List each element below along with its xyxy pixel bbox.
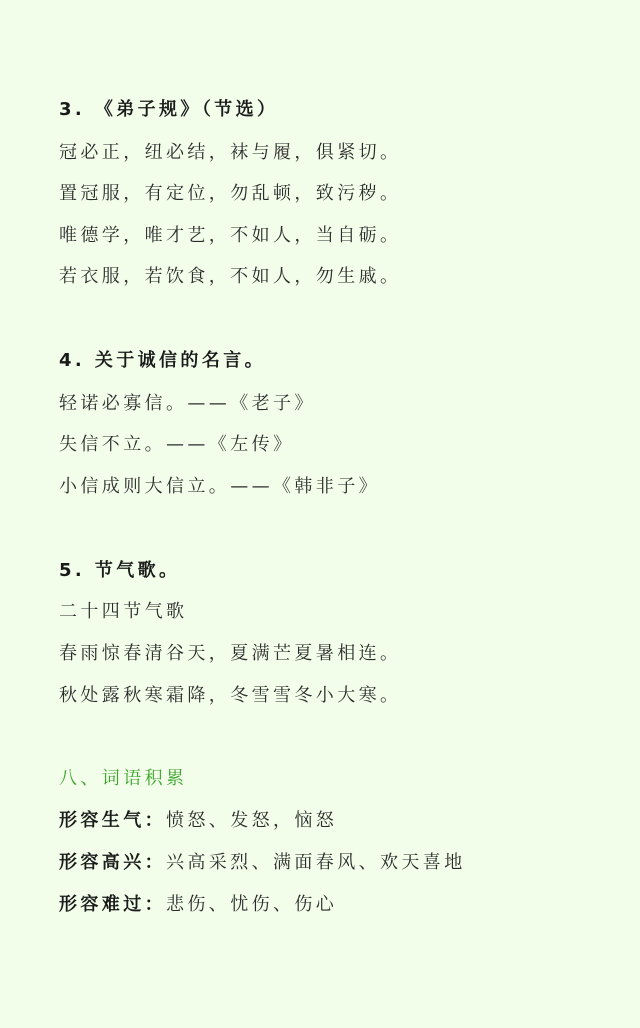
jieqi-title: 二十四节气歌 xyxy=(59,597,187,627)
section-3-heading: 3. 《弟子规》（节选） xyxy=(59,95,278,125)
quote-line-2: 失信不立。——《左传》 xyxy=(59,430,294,460)
quote-line-3: 小信成则大信立。——《韩非子》 xyxy=(59,472,380,502)
vocab-words: 愤怒、发怒，恼怒 xyxy=(166,810,337,831)
section-5-heading: 5. 节气歌。 xyxy=(59,556,180,586)
vocab-words: 兴高采烈、满面春风、欢天喜地 xyxy=(166,852,466,873)
jieqi-line-1: 春雨惊春清谷天，夏满芒夏暑相连。 xyxy=(59,639,401,669)
dizigui-line-1: 冠必正，纽必结，袜与履，俱紧切。 xyxy=(59,138,401,168)
vocab-heading: 八、词语积累 xyxy=(59,764,187,794)
jieqi-line-2: 秋处露秋寒霜降，冬雪雪冬小大寒。 xyxy=(59,681,401,711)
vocab-label: 形容难过： xyxy=(59,894,166,915)
dizigui-line-3: 唯德学，唯才艺，不如人，当自砺。 xyxy=(59,221,401,251)
vocab-label: 形容高兴： xyxy=(59,852,166,873)
vocab-item-angry: 形容生气：愤怒、发怒，恼怒 xyxy=(59,806,337,836)
vocab-words: 悲伤、忧伤、伤心 xyxy=(166,894,337,915)
dizigui-line-2: 置冠服，有定位，勿乱顿，致污秽。 xyxy=(59,179,401,209)
section-4-heading: 4. 关于诚信的名言。 xyxy=(59,346,266,376)
quote-line-1: 轻诺必寡信。——《老子》 xyxy=(59,389,316,419)
vocab-item-happy: 形容高兴：兴高采烈、满面春风、欢天喜地 xyxy=(59,848,466,878)
vocab-label: 形容生气： xyxy=(59,810,166,831)
vocab-item-sad: 形容难过：悲伤、忧伤、伤心 xyxy=(59,890,337,920)
dizigui-line-4: 若衣服，若饮食，不如人，勿生戚。 xyxy=(59,262,401,292)
